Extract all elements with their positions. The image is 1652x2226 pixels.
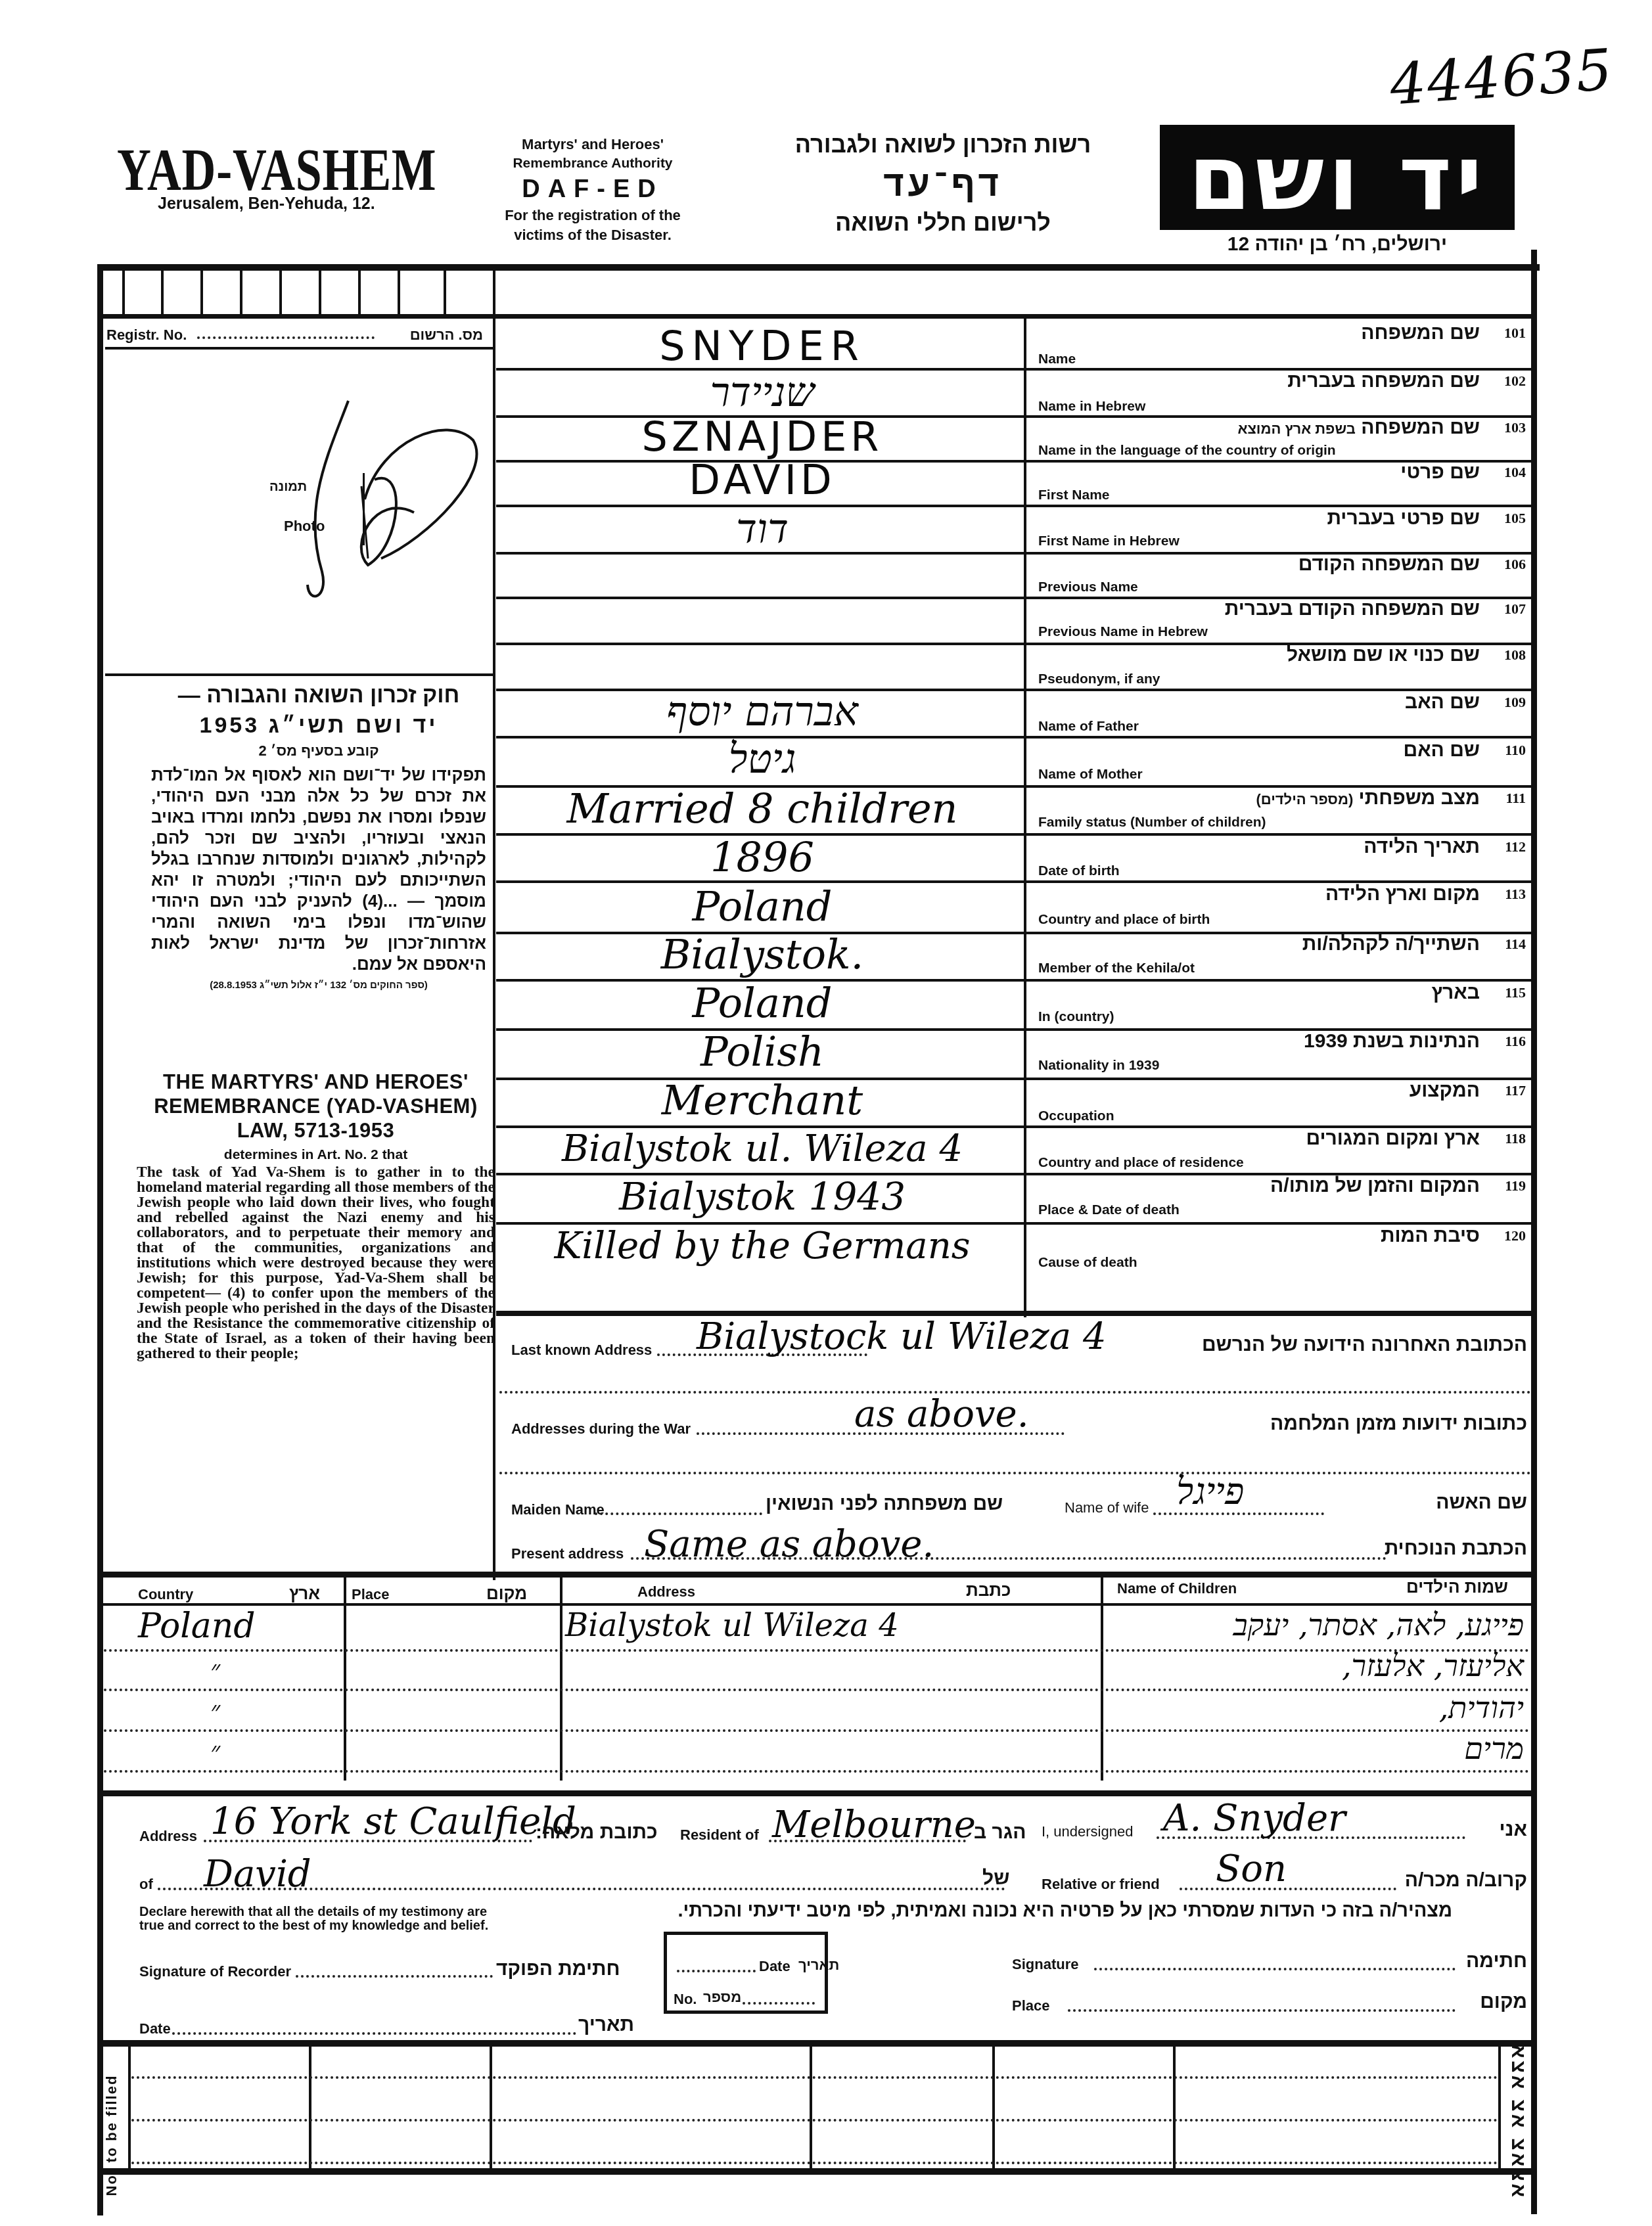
recorder-signature-label-en: Signature of Recorder xyxy=(139,1963,291,1980)
field-number: 102 xyxy=(1504,373,1526,390)
law-en-determines: determines in Art. No. 2 that xyxy=(137,1145,495,1165)
field-label-he: שם המשפחה הקודם בעברית xyxy=(1225,598,1480,620)
field-label-en: Nationality in 1939 xyxy=(1038,1058,1159,1074)
field-110-value[interactable]: גיטל xyxy=(499,736,1025,782)
field-number: 118 xyxy=(1505,1130,1526,1147)
field-114-value[interactable]: Bialystok. xyxy=(499,932,1025,978)
field-110-label: 110 שם האם Name of Mother xyxy=(1026,739,1532,785)
law-heb-title: חוק זכרון השואה והגבורה — xyxy=(151,680,486,710)
field-number: 101 xyxy=(1504,325,1526,342)
field-number: 116 xyxy=(1505,1033,1526,1050)
grid-divider xyxy=(490,2047,492,2171)
field-number: 112 xyxy=(1505,838,1526,855)
authority-line2: Remembrance Authority xyxy=(474,154,711,173)
place-label-he: מקום xyxy=(1480,1991,1527,2013)
field-number: 119 xyxy=(1505,1177,1526,1194)
signature-label-he: חתימה xyxy=(1466,1950,1527,1972)
law-heb-article: קובע בסעיף מס׳ 2 xyxy=(151,740,486,761)
field-111-label: 111 מצב משפחתי (מספר הילדים) Family stat… xyxy=(1026,787,1532,833)
field-113-value[interactable]: Poland xyxy=(499,884,1025,930)
field-label-en: Member of the Kehila/ot xyxy=(1038,961,1195,976)
field-101-value[interactable]: SNYDER xyxy=(499,323,1025,369)
dotted-line xyxy=(1180,1888,1396,1890)
field-label-en: Country and place of residence xyxy=(1038,1155,1244,1171)
field-label-en: Family status (Number of children) xyxy=(1038,815,1266,830)
field-number: 113 xyxy=(1505,886,1526,903)
authority-block: Martyrs' and Heroes' Remembrance Authori… xyxy=(474,135,711,245)
field-115-label: 115 בארץ In (country) xyxy=(1026,982,1532,1028)
registration-label-he: מס. הרשום xyxy=(378,327,483,344)
law-text-hebrew: חוק זכרון השואה והגבורה — יד ושם תשי״ג 1… xyxy=(151,680,486,997)
field-116-label: 116 הנתינות בשנת 1939 Nationality in 193… xyxy=(1026,1030,1532,1078)
field-label-he: שם המשפחה הקודם xyxy=(1298,553,1480,576)
field-number: 104 xyxy=(1504,464,1526,481)
field-104-label: 104 שם פרטי First Name xyxy=(1026,461,1532,505)
tick-box-divider xyxy=(161,266,164,315)
row-divider-top xyxy=(99,314,1534,319)
field-number: 120 xyxy=(1504,1227,1526,1244)
tick-box-divider xyxy=(398,266,400,315)
maiden-name-field[interactable] xyxy=(595,1512,762,1515)
table-column-divider xyxy=(344,1577,346,1781)
field-113-label: 113 מקום וארץ הלידה Country and place of… xyxy=(1026,883,1532,932)
field-number: 111 xyxy=(1505,790,1526,807)
hebrew-authority-block: רשות הזכרון לשואה ולגבורה דף־עד לרישום ח… xyxy=(772,128,1114,238)
field-118-value[interactable]: Bialystok ul. Wileza 4 xyxy=(499,1126,1025,1172)
org-address: Jerusalem, Ben-Yehuda, 12. xyxy=(158,194,375,214)
field-109-value[interactable]: אברהם יוסף xyxy=(499,689,1025,735)
field-number: 108 xyxy=(1504,647,1526,664)
last-known-address-label-en: Last known Address xyxy=(511,1342,652,1359)
child-row-country[interactable]: ״ xyxy=(210,1736,220,1767)
divider xyxy=(105,673,493,676)
field-label-he: ארץ ומקום המגורים xyxy=(1306,1127,1480,1150)
field-112-value[interactable]: 1896 xyxy=(499,834,1025,880)
last-known-address-label-he: הכתובת האחרונה הידועה של הנרשם xyxy=(1202,1334,1527,1356)
present-address-label-he: הכתבת הנוכחית xyxy=(1385,1537,1527,1560)
table-row-line xyxy=(104,1649,1530,1652)
field-120-value[interactable]: Killed by the Germans xyxy=(499,1223,1025,1269)
declarant-address-label-he: כתובת מלאה: xyxy=(536,1821,658,1844)
tick-box-divider xyxy=(200,266,203,315)
purpose-line2: victims of the Disaster. xyxy=(474,225,711,245)
field-label-en: Cause of death xyxy=(1038,1255,1137,1271)
form-name: DAF-ED xyxy=(474,173,711,206)
field-103-value[interactable]: SZNAJDER xyxy=(499,414,1025,460)
field-label-he-small: (מספר הילדים) xyxy=(1256,791,1353,807)
field-number: 115 xyxy=(1505,984,1526,1001)
war-addresses-label-he: כתובות ידועות מזמן המלחמה xyxy=(1270,1413,1527,1435)
tick-box-divider xyxy=(444,266,446,315)
field-label-en: In (country) xyxy=(1038,1009,1114,1025)
field-108-label: 108 שם כנוי או שם מושאל Pseudonym, if an… xyxy=(1026,644,1532,689)
grid-divider xyxy=(1173,2047,1176,2171)
child-row-names[interactable]: פייגע, לאה, אסתר, יעקב xyxy=(1233,1607,1524,1643)
field-label-he: שם פרטי xyxy=(1400,461,1480,484)
recorder-signature-field[interactable] xyxy=(296,1975,493,1978)
box-date-field[interactable] xyxy=(677,1970,756,1972)
tick-box-divider xyxy=(358,266,361,315)
authority-line1: Martyrs' and Heroes' xyxy=(474,135,711,154)
tick-box-divider xyxy=(240,266,242,315)
tick-box-divider xyxy=(122,266,125,315)
field-label-en: Name of Mother xyxy=(1038,767,1143,783)
place-field[interactable] xyxy=(1068,2009,1456,2012)
undersigned-value[interactable]: A. Snyder xyxy=(1163,1797,1346,1840)
section-divider xyxy=(99,1572,1534,1578)
field-label-en: Country and place of birth xyxy=(1038,912,1210,928)
field-label-he: שם פרטי בעברית xyxy=(1327,507,1480,530)
recorder-signature-label-he: חתימת הפוקד xyxy=(496,1958,620,1980)
heb-authority: רשות הזכרון לשואה ולגבורה xyxy=(772,128,1114,161)
resident-of-value[interactable]: Melbourne xyxy=(772,1804,976,1846)
grid-divider xyxy=(1498,2047,1501,2171)
field-label-he: שם האם xyxy=(1404,739,1480,761)
recorder-date-label-en: Date xyxy=(139,2020,171,2037)
field-label-en: Previous Name in Hebrew xyxy=(1038,624,1208,640)
field-number: 107 xyxy=(1504,601,1526,618)
recorder-date-label-he: תאריך xyxy=(578,2014,634,2036)
wife-name-label-he: שם האשה xyxy=(1436,1491,1527,1514)
grid-divider xyxy=(992,2047,995,2171)
of-label-he: של xyxy=(982,1867,1009,1890)
law-heb-citation: (ספר החוקים מס׳ 132 י״ז אלול תשי״ג 28.8.… xyxy=(151,974,486,997)
war-addresses-label-en: Addresses during the War xyxy=(511,1420,691,1438)
field-116-value[interactable]: Polish xyxy=(499,1029,1025,1075)
law-en-body: The task of Yad Va-Shem is to gather in … xyxy=(137,1165,495,1361)
field-label-he: המקום והזמן של מותו/ה xyxy=(1270,1175,1480,1197)
field-label-he-small: בשפת ארץ המוצא xyxy=(1237,420,1355,437)
field-number: 105 xyxy=(1504,510,1526,527)
field-number: 117 xyxy=(1505,1082,1526,1099)
field-label-he: סיבת המות xyxy=(1381,1225,1480,1247)
field-101-label: 101 שם המשפחה Name xyxy=(1026,322,1532,368)
office-code-text: אצאצ אצ אצא xyxy=(1507,2045,1529,2200)
col-country-he: ארץ xyxy=(289,1583,320,1604)
field-117-value[interactable]: Merchant xyxy=(499,1078,1025,1124)
grid-divider xyxy=(810,2047,812,2171)
declaration-statement-en: Declare herewith that all the details of… xyxy=(139,1905,507,1933)
divider xyxy=(105,347,493,350)
child-row-country[interactable]: Poland xyxy=(138,1606,256,1646)
frame-top-border xyxy=(97,264,1540,271)
field-label-he: שם כנוי או שם מושאל xyxy=(1287,644,1480,666)
maiden-name-label-he: שם משפחתה לפני הנשואין xyxy=(766,1493,1003,1515)
field-107-label: 107 שם המשפחה הקודם בעברית Previous Name… xyxy=(1026,598,1532,643)
table-row-line xyxy=(104,1770,1530,1773)
field-105-label: 105 שם פרטי בעברית First Name in Hebrew xyxy=(1026,507,1532,551)
registration-label-en: Registr. No. xyxy=(106,327,187,344)
registration-number-field[interactable] xyxy=(197,336,375,339)
purpose-line1: For the registration of the xyxy=(474,206,711,225)
field-number: 110 xyxy=(1505,742,1526,759)
section-divider xyxy=(99,2040,1534,2047)
grid-divider xyxy=(128,2047,131,2171)
law-en-title: THE MARTYRS' AND HEROES' REMEMBRANCE (YA… xyxy=(137,1070,495,1143)
field-111-value[interactable]: Married 8 children xyxy=(499,786,1025,832)
field-label-he: מצב משפחתי xyxy=(1359,787,1480,809)
field-109-label: 109 שם האב Name of Father xyxy=(1026,691,1532,736)
signature-field[interactable] xyxy=(1094,1968,1456,1970)
box-no-label-he: מספר xyxy=(703,1989,741,2006)
law-heb-subtitle: יד ושם תשי״ג 1953 xyxy=(151,710,486,740)
present-address-value[interactable]: Same as above. xyxy=(644,1523,934,1566)
col-country-en: Country xyxy=(138,1586,193,1603)
war-addresses-value[interactable]: as above. xyxy=(854,1393,1028,1436)
maiden-name-label-en: Maiden Name xyxy=(511,1501,605,1518)
col-children-en: Name of Children xyxy=(1117,1580,1237,1597)
office-code-label: אצאצ אצ אצא xyxy=(1505,2037,1531,2208)
child-row-names[interactable]: אליעזר, אלעזר, xyxy=(1342,1648,1524,1683)
field-label-he: תאריך הלידה xyxy=(1364,836,1480,858)
field-number: 114 xyxy=(1505,936,1526,953)
field-106-label: 106 שם המשפחה הקודם Previous Name xyxy=(1026,553,1532,597)
grid-row-line xyxy=(131,2162,1498,2164)
field-label-en: Name in the language of the country of o… xyxy=(1038,443,1336,459)
field-label-en: Name of Father xyxy=(1038,719,1139,735)
field-label-en: First Name xyxy=(1038,488,1110,503)
table-row-line xyxy=(104,1689,1530,1691)
heb-purpose: לרישום חללי השואה xyxy=(772,207,1114,238)
child-row-address[interactable]: Bialystok ul Wileza 4 xyxy=(565,1607,899,1644)
undersigned-label-en: I, undersigned xyxy=(1042,1823,1133,1840)
field-label-he: שם המשפחה xyxy=(1361,417,1480,438)
field-119-value[interactable]: Bialystok 1943 xyxy=(499,1173,1025,1219)
field-117-label: 117 המקצוע Occupation xyxy=(1026,1079,1532,1125)
child-row-country[interactable]: ״ xyxy=(210,1654,220,1685)
serial-number: 444635 xyxy=(1388,37,1615,118)
relative-label-he: קרוב/ה מכר/ה xyxy=(1405,1869,1527,1892)
field-104-value[interactable]: DAVID xyxy=(499,457,1025,503)
col-address-he: כתבת xyxy=(966,1580,1011,1601)
field-112-label: 112 תאריך הלידה Date of birth xyxy=(1026,836,1532,880)
field-label-he: השתייך/ה לקהלה/ות xyxy=(1302,933,1480,955)
law-heb-body: תפקידו של יד־ושם הוא לאסוף אל המו־לדת את… xyxy=(151,764,486,974)
box-date-label-he: תאריך xyxy=(798,1957,839,1974)
field-119-label: 119 המקום והזמן של מותו/ה Place & Date o… xyxy=(1026,1175,1532,1222)
of-value[interactable]: David xyxy=(204,1853,311,1896)
wife-name-value[interactable]: פייגל xyxy=(1176,1470,1244,1513)
child-row-country[interactable]: ״ xyxy=(210,1695,220,1726)
field-118-label: 118 ארץ ומקום המגורים Country and place … xyxy=(1026,1127,1532,1173)
col-place-en: Place xyxy=(352,1586,390,1603)
field-label-en: Occupation xyxy=(1038,1108,1114,1124)
undersigned-label-he: אני xyxy=(1500,1819,1527,1841)
box-no-label-en: No. xyxy=(674,1991,697,2008)
field-label-en: Name in Hebrew xyxy=(1038,399,1145,415)
child-row-names[interactable]: מרים xyxy=(1464,1731,1524,1766)
col-place-he: מקום xyxy=(486,1583,527,1604)
tick-box-divider xyxy=(279,266,282,315)
column-divider-left xyxy=(493,266,495,1580)
relative-label-en: Relative or friend xyxy=(1042,1876,1160,1893)
declaration-statement-he: מצהיר/ה בזה כי העדות שמסרתי כאן על פרטיה… xyxy=(519,1900,1452,1922)
table-column-divider xyxy=(1101,1577,1103,1781)
resident-of-label-en: Resident of xyxy=(680,1827,759,1844)
recorder-date-field[interactable] xyxy=(172,2032,576,2035)
resident-of-label-he: הגר ב xyxy=(974,1821,1026,1844)
field-102-value[interactable]: שניידר xyxy=(499,369,1025,415)
heb-form-name: דף־עד xyxy=(772,161,1114,207)
box-no-field[interactable] xyxy=(743,2002,815,2005)
grid-row-line xyxy=(131,2119,1498,2122)
field-label-en: Previous Name xyxy=(1038,579,1138,595)
field-label-he: מקום וארץ הלידה xyxy=(1325,883,1480,905)
yad-vashem-logo: יד ושם xyxy=(1160,125,1515,230)
section-divider xyxy=(99,2168,1534,2175)
declarant-address-label-en: Address xyxy=(139,1828,197,1845)
col-children-he: שמות הילדים xyxy=(1406,1577,1508,1597)
not-to-be-filled-label: Not to be filled xyxy=(99,2056,125,2214)
table-row-line xyxy=(104,1729,1530,1732)
frame-left-border xyxy=(97,264,103,2215)
field-115-value[interactable]: Poland xyxy=(499,980,1025,1026)
wife-name-label-en: Name of wife xyxy=(1065,1499,1149,1516)
field-label-he: שם האב xyxy=(1405,691,1480,714)
field-label-en: Place & Date of death xyxy=(1038,1202,1180,1218)
field-number: 103 xyxy=(1504,419,1526,436)
field-120-label: 120 סיבת המות Cause of death xyxy=(1026,1225,1532,1272)
dotted-line xyxy=(499,1472,1531,1474)
field-label-he: שם המשפחה xyxy=(1361,322,1480,344)
not-to-be-filled-text: Not to be filled xyxy=(103,2075,120,2196)
relative-value[interactable]: Son xyxy=(1216,1848,1287,1890)
table-column-divider xyxy=(560,1577,562,1781)
field-114-label: 114 השתייך/ה לקהלה/ות Member of the Kehi… xyxy=(1026,933,1532,979)
col-address-en: Address xyxy=(637,1583,695,1601)
tick-box-divider xyxy=(319,266,321,315)
place-label-en: Place xyxy=(1012,1997,1050,2014)
field-label-en: First Name in Hebrew xyxy=(1038,534,1180,549)
photo-placeholder xyxy=(279,473,365,545)
logo-address: ירושלים, רח׳ בן יהודה 12 xyxy=(1183,233,1492,256)
field-label-he: שם המשפחה בעברית xyxy=(1287,370,1480,392)
grid-divider xyxy=(309,2047,311,2171)
present-address-label-en: Present address xyxy=(511,1545,624,1562)
field-label-en: Date of birth xyxy=(1038,863,1120,879)
field-label-he: בארץ xyxy=(1432,982,1480,1004)
law-text-english: THE MARTYRS' AND HEROES' REMEMBRANCE (YA… xyxy=(137,1070,495,1361)
field-number: 109 xyxy=(1504,694,1526,711)
field-label-en: Name xyxy=(1038,352,1076,367)
child-row-names[interactable]: יהודית, xyxy=(1439,1690,1524,1725)
field-label-he: הנתינות בשנת 1939 xyxy=(1304,1030,1480,1053)
last-known-address-value[interactable]: Bialystock ul Wileza 4 xyxy=(697,1315,1107,1358)
field-label-he: המקצוע xyxy=(1410,1079,1480,1102)
declarant-address-value[interactable]: 16 York st Caulfield xyxy=(210,1800,576,1843)
field-105-value[interactable]: דוד xyxy=(499,506,1025,552)
field-label-en: Pseudonym, if any xyxy=(1038,671,1160,687)
grid-row-line xyxy=(131,2076,1498,2079)
signature-label-en: Signature xyxy=(1012,1956,1078,1973)
section-divider xyxy=(99,1790,1534,1796)
field-102-label: 102 שם המשפחה בעברית Name in Hebrew xyxy=(1026,370,1532,416)
of-label-en: of xyxy=(139,1876,153,1893)
field-103-label: 103 שם המשפחה בשפת ארץ המוצא Name in the… xyxy=(1026,417,1532,460)
field-number: 106 xyxy=(1504,556,1526,573)
box-date-label-en: Date xyxy=(759,1958,798,1975)
